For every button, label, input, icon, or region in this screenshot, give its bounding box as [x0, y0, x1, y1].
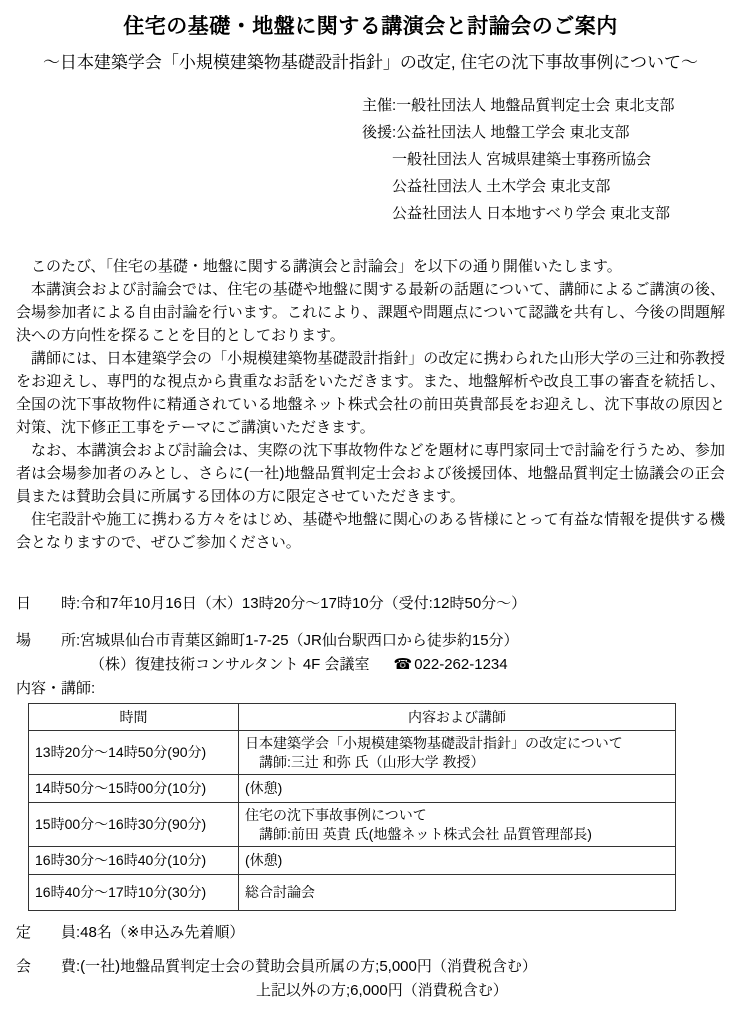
schedule-table: 時間 内容および講師 13時20分～14時50分(90分) 日本建築学会「小規模…	[28, 703, 676, 911]
content-line: 講師:前田 英貴 氏(地盤ネット株式会社 品質管理部長)	[245, 825, 669, 844]
content-line: 住宅の沈下事故事例について	[245, 806, 669, 825]
phone-block: ☎022-262-1234	[394, 656, 508, 673]
phone-icon: ☎	[394, 656, 413, 673]
venue-label: 場 所:	[16, 632, 80, 649]
info-fee: 会 費:(一社)地盤品質判定士会の賛助会員所属の方;5,000円（消費税含む）	[16, 955, 725, 979]
venue-value: 宮城県仙台市青葉区錦町1-7-25（JR仙台駅西口から徒歩約15分）	[80, 632, 518, 649]
page-subtitle: ～日本建築学会「小規模建築物基礎設計指針」の改定, 住宅の沈下事故事例について～	[16, 50, 725, 76]
info-capacity: 定 員:48名（※申込み先着順）	[16, 921, 725, 945]
organizer-line-support-3: 公益社団法人 土木学会 東北支部	[362, 173, 725, 200]
table-row: 16時40分～17時10分(30分) 総合討論会	[29, 875, 676, 911]
venue-building: （株）復建技術コンサルタント 4F 会議室	[90, 656, 370, 673]
fee-non-members: 上記以外の方;6,000円（消費税含む）	[16, 979, 725, 1003]
paragraph-restriction: なお、本講演会および討論会は、実際の沈下事故物件などを題材に専門家同士で討論を行…	[16, 439, 725, 508]
table-row: 13時20分～14時50分(90分) 日本建築学会「小規模建築物基礎設計指針」の…	[29, 731, 676, 775]
info-venue: 場 所:宮城県仙台市青葉区錦町1-7-25（JR仙台駅西口から徒歩約15分）	[16, 629, 725, 653]
fee-label: 会 費:	[16, 958, 80, 975]
table-row: 16時30分～16時40分(10分) (休憩)	[29, 847, 676, 875]
header-content: 内容および講師	[239, 704, 676, 731]
content-line: 講師:三辻 和弥 氏（山形大学 教授）	[245, 753, 669, 772]
paragraph-purpose: 本講演会および討論会では、住宅の基礎や地盤に関する最新の話題について、講師による…	[16, 278, 725, 347]
time-cell: 16時40分～17時10分(30分)	[29, 875, 239, 911]
paragraph-invitation: 住宅設計や施工に携わる方々をはじめ、基礎や地盤に関心のある皆様にとって有益な情報…	[16, 508, 725, 554]
capacity-label: 定 員:	[16, 924, 80, 941]
paragraph-lecturers: 講師には、日本建築学会の「小規模建築物基礎設計指針」の改定に携わられた山形大学の…	[16, 347, 725, 439]
content-cell: (休憩)	[239, 775, 676, 803]
organizer-line-support-2: 一般社団法人 宮城県建築士事務所協会	[362, 146, 725, 173]
capacity-value: 48名（※申込み先着順）	[80, 924, 244, 941]
content-cell: 日本建築学会「小規模建築物基礎設計指針」の改定について 講師:三辻 和弥 氏（山…	[239, 731, 676, 775]
document-page: 住宅の基礎・地盤に関する講演会と討論会のご案内 ～日本建築学会「小規模建築物基礎…	[0, 0, 741, 1024]
header-time: 時間	[29, 704, 239, 731]
fee-members: (一社)地盤品質判定士会の賛助会員所属の方;5,000円（消費税含む）	[80, 958, 537, 975]
organizer-line-support-1: 後援:公益社団法人 地盤工学会 東北支部	[362, 119, 725, 146]
organizer-line-host: 主催:一般社団法人 地盤品質判定士会 東北支部	[362, 92, 725, 119]
content-cell: (休憩)	[239, 847, 676, 875]
content-line: 総合討論会	[245, 883, 669, 902]
info-contents-label: 内容・講師:	[16, 677, 725, 701]
table-row: 15時00分～16時30分(90分) 住宅の沈下事故事例について 講師:前田 英…	[29, 803, 676, 847]
datetime-value: 令和7年10月16日（木）13時20分～17時10分（受付:12時50分～）	[80, 595, 526, 612]
content-cell: 総合討論会	[239, 875, 676, 911]
content-line: (休憩)	[245, 779, 669, 798]
phone-number: 022-262-1234	[414, 656, 507, 673]
table-header-row: 時間 内容および講師	[29, 704, 676, 731]
paragraph-intro: このたび、「住宅の基礎・地盤に関する講演会と討論会」を以下の通り開催いたします。	[16, 255, 725, 278]
datetime-label: 日 時:	[16, 595, 80, 612]
content-cell: 住宅の沈下事故事例について 講師:前田 英貴 氏(地盤ネット株式会社 品質管理部…	[239, 803, 676, 847]
page-title: 住宅の基礎・地盤に関する講演会と討論会のご案内	[16, 12, 725, 42]
content-line: (休憩)	[245, 851, 669, 870]
content-line: 日本建築学会「小規模建築物基礎設計指針」の改定について	[245, 734, 669, 753]
organizer-line-support-4: 公益社団法人 日本地すべり学会 東北支部	[362, 200, 725, 227]
info-datetime: 日 時:令和7年10月16日（木）13時20分～17時10分（受付:12時50分…	[16, 592, 725, 616]
time-cell: 16時30分～16時40分(10分)	[29, 847, 239, 875]
organizer-block: 主催:一般社団法人 地盤品質判定士会 東北支部 後援:公益社団法人 地盤工学会 …	[362, 92, 725, 227]
time-cell: 13時20分～14時50分(90分)	[29, 731, 239, 775]
body-paragraphs: このたび、「住宅の基礎・地盤に関する講演会と討論会」を以下の通り開催いたします。…	[16, 255, 725, 554]
info-venue-building: （株）復建技術コンサルタント 4F 会議室☎022-262-1234	[16, 653, 725, 677]
table-row: 14時50分～15時00分(10分) (休憩)	[29, 775, 676, 803]
time-cell: 14時50分～15時00分(10分)	[29, 775, 239, 803]
time-cell: 15時00分～16時30分(90分)	[29, 803, 239, 847]
